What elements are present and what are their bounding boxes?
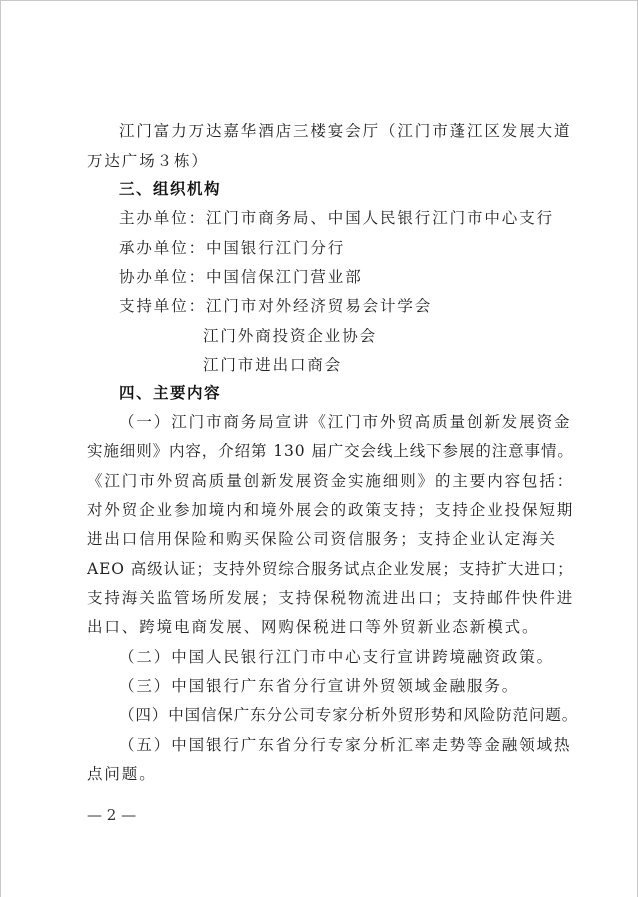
venue-line-1: 江门富力万达嘉华酒店三楼宴会厅（江门市蓬江区发展大道 — [119, 121, 589, 141]
document-page: 江门富力万达嘉华酒店三楼宴会厅（江门市蓬江区发展大道 万达广场３栋） 三、组织机… — [0, 0, 638, 897]
organizer-line: 主办单位：江门市商务局、中国人民银行江门市中心支行 — [119, 208, 589, 228]
supporter-line-2: 江门外商投资企业协会 — [203, 326, 638, 346]
item4-line: （四）中国信保广东分公司专家分析外贸形势和风险防范问题。 — [119, 705, 589, 725]
supporter-line-3: 江门市进出口商会 — [203, 355, 638, 375]
item3-line: （三）中国银行广东省分行宣讲外贸领域金融服务。 — [119, 676, 589, 696]
item1-line-1: （一）江门市商务局宣讲《江门市外贸高质量创新发展资金 — [119, 412, 589, 432]
section-heading-organization: 三、组织机构 — [119, 179, 589, 199]
item2-line: （二）中国人民银行江门市中心支行宣讲跨境融资政策。 — [119, 647, 589, 667]
page-number: — 2 — — [87, 805, 136, 825]
supporter-line-1: 支持单位：江门市对外经济贸易会计学会 — [119, 296, 589, 316]
item1-line-5: 进出口信用保险和购买保险公司资信服务；支持企业认定海关 — [87, 529, 557, 549]
item1-line-6: AEO 高级认证；支持外贸综合服务试点企业发展；支持扩大进口； — [87, 559, 557, 579]
item1-line-4: 对外贸企业参加境内和境外展会的政策支持；支持企业投保短期 — [87, 500, 557, 520]
item5-line-2: 点问题。 — [87, 764, 557, 784]
venue-line-2: 万达广场３栋） — [87, 151, 557, 171]
item1-line-7: 支持海关监管场所发展；支持保税物流进出口；支持邮件快件进 — [87, 588, 557, 608]
item1-line-2: 实施细则》内容，介绍第 130 届广交会线上线下参展的注意事情。 — [87, 441, 557, 461]
section-heading-main-content: 四、主要内容 — [119, 383, 589, 403]
co-organizer-line: 协办单位：中国信保江门营业部 — [119, 267, 589, 287]
item1-line-3: 《江门市外贸高质量创新发展资金实施细则》的主要内容包括： — [87, 471, 557, 491]
item1-line-8: 出口、跨境电商发展、网购保税进口等外贸新业态新模式。 — [87, 617, 557, 637]
undertaker-line: 承办单位：中国银行江门分行 — [119, 238, 589, 258]
item5-line-1: （五）中国银行广东省分行专家分析汇率走势等金融领域热 — [119, 735, 589, 755]
